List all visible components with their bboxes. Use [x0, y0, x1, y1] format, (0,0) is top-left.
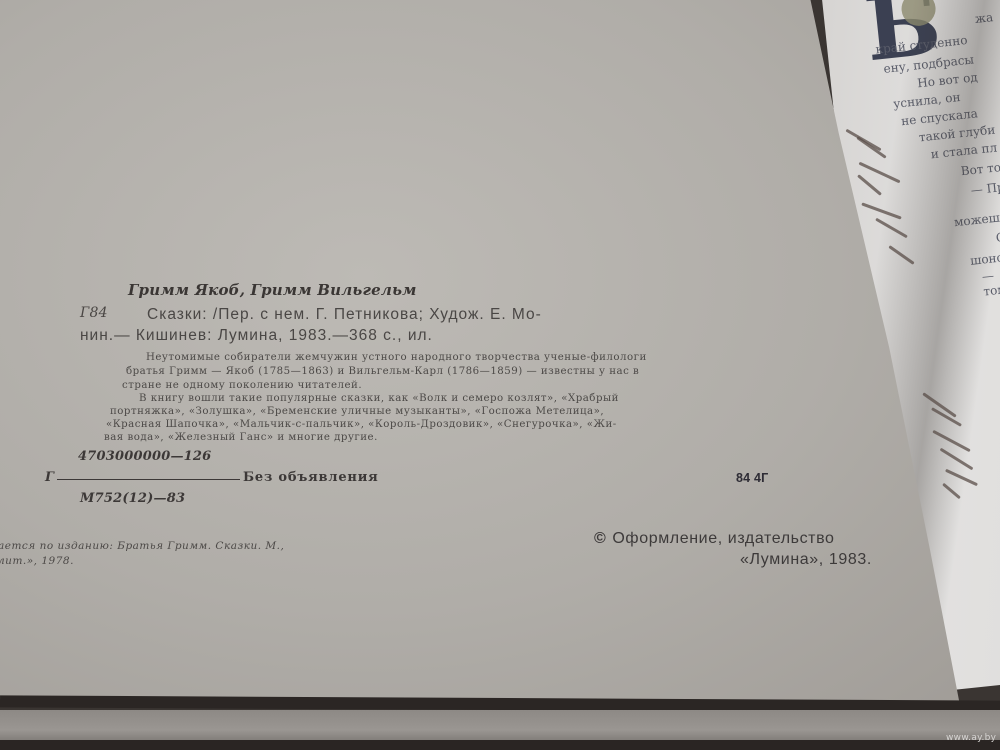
watermark: www.ay.by — [946, 733, 996, 743]
annotation-line: стране не одному поколению читателей. — [122, 380, 362, 391]
annotation-line: портняжка», «Золушка», «Бременские уличн… — [110, 406, 604, 417]
copyright-line-1: ©Оформление, издательство — [594, 530, 835, 548]
bibliographic-line-1: Сказки: /Пер. с нем. Г. Петникова; Худож… — [147, 306, 542, 324]
source-line-1: ается по изданию: Братья Гримм. Сказки. … — [0, 540, 284, 552]
copyright-icon: © — [594, 530, 606, 548]
bibliographic-line-2: нин.— Кишинев: Лумина, 1983.—368 с., ил. — [80, 327, 433, 345]
book-photo: Б коежакрай студенноену, подбрасыНо вот … — [0, 0, 1000, 750]
author-line: Гримм Якоб, Гримм Вильгельм — [128, 281, 417, 299]
annotation-line: Неутомимые собиратели жемчужин устного н… — [146, 352, 647, 363]
catalog-code-denominator: М752(12)—83 — [80, 491, 185, 506]
annotation-line: В книгу вошли такие популярные сказки, к… — [139, 393, 619, 404]
copyright-line-2: «Лумина», 1983. — [740, 551, 872, 569]
price-code: 84 4Г — [736, 471, 768, 485]
source-line-2: лит.», 1978. — [0, 555, 74, 567]
annotation-line: вая вода», «Железный Ганс» и многие друг… — [104, 432, 378, 443]
bottom-shadow — [0, 740, 1000, 750]
copyright-text: Оформление, издательство — [612, 530, 834, 547]
classification-code: Г84 — [80, 305, 108, 321]
catalog-code-numerator: 4703000000—126 — [78, 449, 211, 464]
catalog-code-fraction-line — [57, 479, 240, 480]
annotation-line: братья Гримм — Якоб (1785—1863) и Вильге… — [126, 366, 639, 377]
catalog-code-prefix: Г — [45, 470, 54, 485]
annotation-line: «Красная Шапочка», «Мальчик-с-пальчик», … — [106, 419, 617, 430]
catalog-note: Без объявления — [243, 470, 379, 485]
